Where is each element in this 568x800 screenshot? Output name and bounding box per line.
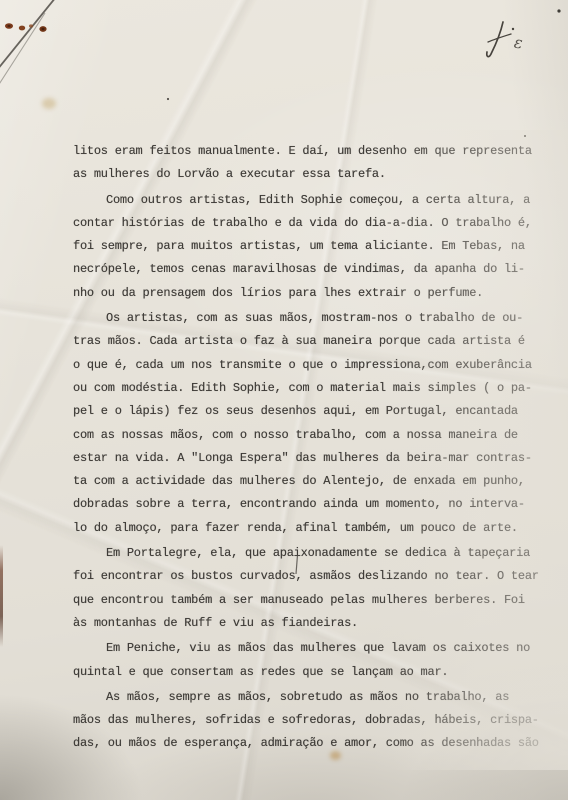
text-line: litos eram feitos manualmente. E daí, um… bbox=[73, 140, 555, 163]
text-line: nho ou da prensagem dos lírios para lhes… bbox=[73, 282, 555, 305]
text-line: estar na vida. A "Longa Espera" das mulh… bbox=[73, 447, 555, 470]
text-line: com as nossas mãos, com o nosso trabalho… bbox=[73, 424, 555, 447]
text-line: contar histórias de trabalho e da vida d… bbox=[73, 212, 555, 235]
speck bbox=[167, 9, 561, 137]
text-line: tras mãos. Cada artista o faz à sua mane… bbox=[73, 330, 555, 353]
text-line: pel e o lápis) fez os seus desenhos aqui… bbox=[73, 400, 555, 423]
text-line: foi sempre, para muitos artistas, um tem… bbox=[73, 235, 555, 258]
text-line: das, ou mãos de esperança, admiração e a… bbox=[73, 732, 555, 755]
text-line: quintal e que consertam as redes que se … bbox=[73, 661, 555, 684]
text-line: Como outros artistas, Edith Sophie começ… bbox=[73, 189, 555, 212]
text-line: Em Portalegre, ela, que apaixonadamente … bbox=[73, 542, 555, 565]
typewritten-text: litos eram feitos manualmente. E daí, um… bbox=[73, 140, 555, 756]
text-line: Em Peniche, viu as mãos das mulheres que… bbox=[73, 637, 555, 660]
text-line: as mulheres do Lorvão a executar essa ta… bbox=[73, 163, 555, 186]
handwritten-stroke-icon bbox=[487, 22, 514, 57]
rust-stain bbox=[5, 23, 47, 32]
epsilon-mark: ε bbox=[513, 33, 524, 53]
text-line: necrópele, temos cenas maravilhosas de v… bbox=[73, 258, 555, 281]
text-line: Os artistas, com as suas mãos, mostram-n… bbox=[73, 307, 555, 330]
corner-crease bbox=[0, 0, 56, 89]
text-line: o que é, cada um nos transmite o que o i… bbox=[73, 354, 555, 377]
paper-stain bbox=[42, 98, 56, 109]
text-line: mãos das mulheres, sofridas e sofredoras… bbox=[73, 709, 555, 732]
text-line: lo do almoço, para fazer renda, afinal t… bbox=[73, 517, 555, 540]
text-line: As mãos, sempre as mãos, sobretudo as mã… bbox=[73, 686, 555, 709]
text-line: dobradas sobre a terra, encontrando aind… bbox=[73, 493, 555, 516]
text-line: às montanhas de Ruff e viu as fiandeiras… bbox=[73, 612, 555, 635]
edge-shadow bbox=[0, 545, 3, 647]
text-line: ou com modéstia. Edith Sophie, com o mat… bbox=[73, 377, 555, 400]
text-line: ta com a actividade das mulheres do Alen… bbox=[73, 470, 555, 493]
text-line: que encontrou também a ser manuseado pel… bbox=[73, 589, 555, 612]
text-line: foi encontrar os bustos curvados, asmãos… bbox=[73, 565, 555, 588]
document-page: litos eram feitos manualmente. E daí, um… bbox=[0, 0, 568, 800]
